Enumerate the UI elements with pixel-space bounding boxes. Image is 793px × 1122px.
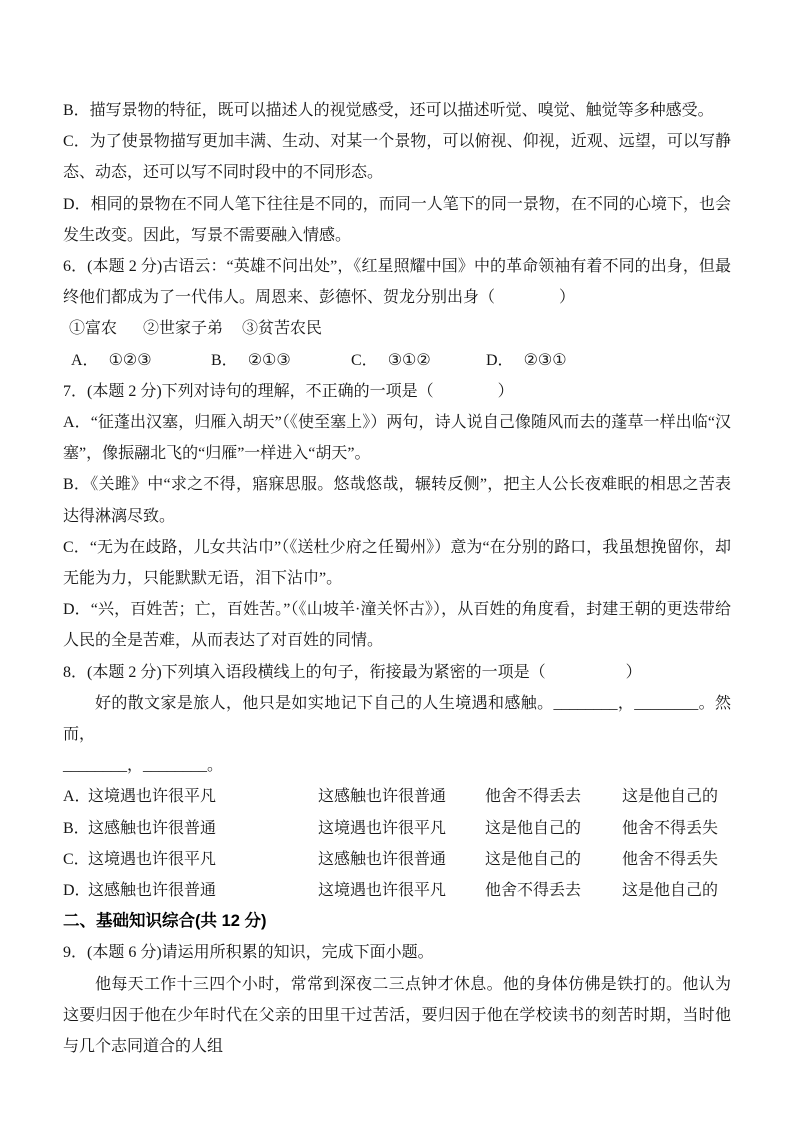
q6-choice-d-value: ②③① <box>524 352 567 369</box>
q8-option-c-cell-3: 这是他自己的 <box>485 844 622 875</box>
question-8-passage-line-1: 好的散文家是旅人，他只是如实地记下自己的人生境遇和感触。________，___… <box>63 688 731 750</box>
question-7-option-c: C．“无为在歧路，儿女共沾巾”（《送杜少府之任蜀州》）意为“在分别的路口，我虽想… <box>63 532 731 594</box>
q8-option-d-label: D． <box>63 875 88 906</box>
q8-option-d-cell-4: 这是他自己的 <box>622 875 731 906</box>
q6-choice-b-value: ②①③ <box>248 352 291 369</box>
q8-option-d-cell-2: 这境遇也许很平凡 <box>318 875 485 906</box>
q6-choice-a: A．①②③ <box>71 345 211 376</box>
q6-choice-c-label: C． <box>351 352 378 369</box>
section-2-heading: 二、基础知识综合(共 12 分) <box>63 906 731 937</box>
question-8-passage-line-2: ________，________。 <box>63 750 731 781</box>
q6-choice-d: D．②③① <box>486 345 731 376</box>
question-8-option-c-row: C． 这境遇也许很平凡 这感触也许很普通 这是他自己的 他舍不得丢失 <box>63 844 731 875</box>
q8-option-a-label: A． <box>63 781 88 812</box>
q8-option-b-label: B． <box>63 813 88 844</box>
q8-option-a-cell-2: 这感触也许很普通 <box>318 781 485 812</box>
q6-choice-a-label: A． <box>71 352 99 369</box>
question-7-option-a: A．“征蓬出汉塞，归雁入胡天”（《使至塞上》）两句，诗人说自己像随风而去的蓬草一… <box>63 407 731 469</box>
q6-choice-b: B．②①③ <box>211 345 351 376</box>
question-7-option-d: D．“兴，百姓苦；亡，百姓苦。”（《山坡羊·潼关怀古》），从百姓的角度看，封建王… <box>63 594 731 656</box>
q8-option-b-cell-4: 他舍不得丢失 <box>622 813 731 844</box>
question-8-option-d-row: D． 这感触也许很普通 这境遇也许很平凡 他舍不得丢去 这是他自己的 <box>63 875 731 906</box>
q8-option-b-cell-3: 这是他自己的 <box>485 813 622 844</box>
exam-document-page: B．描写景物的特征，既可以描述人的视觉感受，还可以描述听觉、嗅觉、触觉等多种感受… <box>0 0 793 1122</box>
q8-option-d-cell-1: 这感触也许很普通 <box>88 875 318 906</box>
q6-choice-c: C．③①② <box>351 345 486 376</box>
q6-choice-d-label: D． <box>486 352 514 369</box>
q8-option-b-cell-2: 这境遇也许很平凡 <box>318 813 485 844</box>
q8-option-a-cell-4: 这是他自己的 <box>622 781 731 812</box>
q6-item-1: ①富农 <box>69 313 117 344</box>
q8-option-c-cell-4: 他舍不得丢失 <box>622 844 731 875</box>
q8-option-a-cell-3: 他舍不得丢去 <box>485 781 622 812</box>
question-8-stem: 8．(本题 2 分)下列填入语段横线上的句子，衔接最为紧密的一项是（ ） <box>63 657 731 688</box>
carryover-option-c: C．为了使景物描写更加丰满、生动、对某一个景物，可以俯视、仰视，近观、远望，可以… <box>63 126 731 188</box>
q8-option-a-cell-1: 这境遇也许很平凡 <box>88 781 318 812</box>
q8-option-d-cell-3: 他舍不得丢去 <box>485 875 622 906</box>
carryover-option-b: B．描写景物的特征，既可以描述人的视觉感受，还可以描述听觉、嗅觉、触觉等多种感受… <box>63 95 731 126</box>
question-8-option-b-row: B． 这感触也许很普通 这境遇也许很平凡 这是他自己的 他舍不得丢失 <box>63 813 731 844</box>
q8-option-c-cell-2: 这感触也许很普通 <box>318 844 485 875</box>
q6-item-2: ②世家子弟 <box>143 313 223 344</box>
q6-item-3: ③贫苦农民 <box>242 313 322 344</box>
carryover-option-d: D．相同的景物在不同人笔下往往是不同的，而同一人笔下的同一景物，在不同的心境下，… <box>63 189 731 251</box>
question-8-option-a-row: A． 这境遇也许很平凡 这感触也许很普通 他舍不得丢去 这是他自己的 <box>63 781 731 812</box>
q8-option-c-label: C． <box>63 844 88 875</box>
question-9-passage: 他每天工作十三四个小时，常常到深夜二三点钟才休息。他的身体仿佛是铁打的。他认为这… <box>63 969 731 1063</box>
q6-choice-a-value: ①②③ <box>109 352 152 369</box>
question-6-stem: 6．(本题 2 分)古语云：“英雄不问出处”，《红星照耀中国》中的革命领袖有着不… <box>63 251 731 313</box>
q8-option-b-cell-1: 这感触也许很普通 <box>88 813 318 844</box>
question-7-stem: 7．(本题 2 分)下列对诗句的理解，不正确的一项是（ ） <box>63 376 731 407</box>
question-6-numbered-items: ①富农 ②世家子弟 ③贫苦农民 <box>63 313 731 344</box>
question-9-stem: 9．(本题 6 分)请运用所积累的知识，完成下面小题。 <box>63 937 731 968</box>
question-6-choices: A．①②③ B．②①③ C．③①② D．②③① <box>63 345 731 376</box>
q8-option-c-cell-1: 这境遇也许很平凡 <box>88 844 318 875</box>
q6-choice-b-label: B． <box>211 352 238 369</box>
q6-choice-c-value: ③①② <box>388 352 431 369</box>
question-7-option-b: B．《关雎》中“求之不得，寤寐思服。悠哉悠哉，辗转反侧”，把主人公长夜难眠的相思… <box>63 469 731 531</box>
